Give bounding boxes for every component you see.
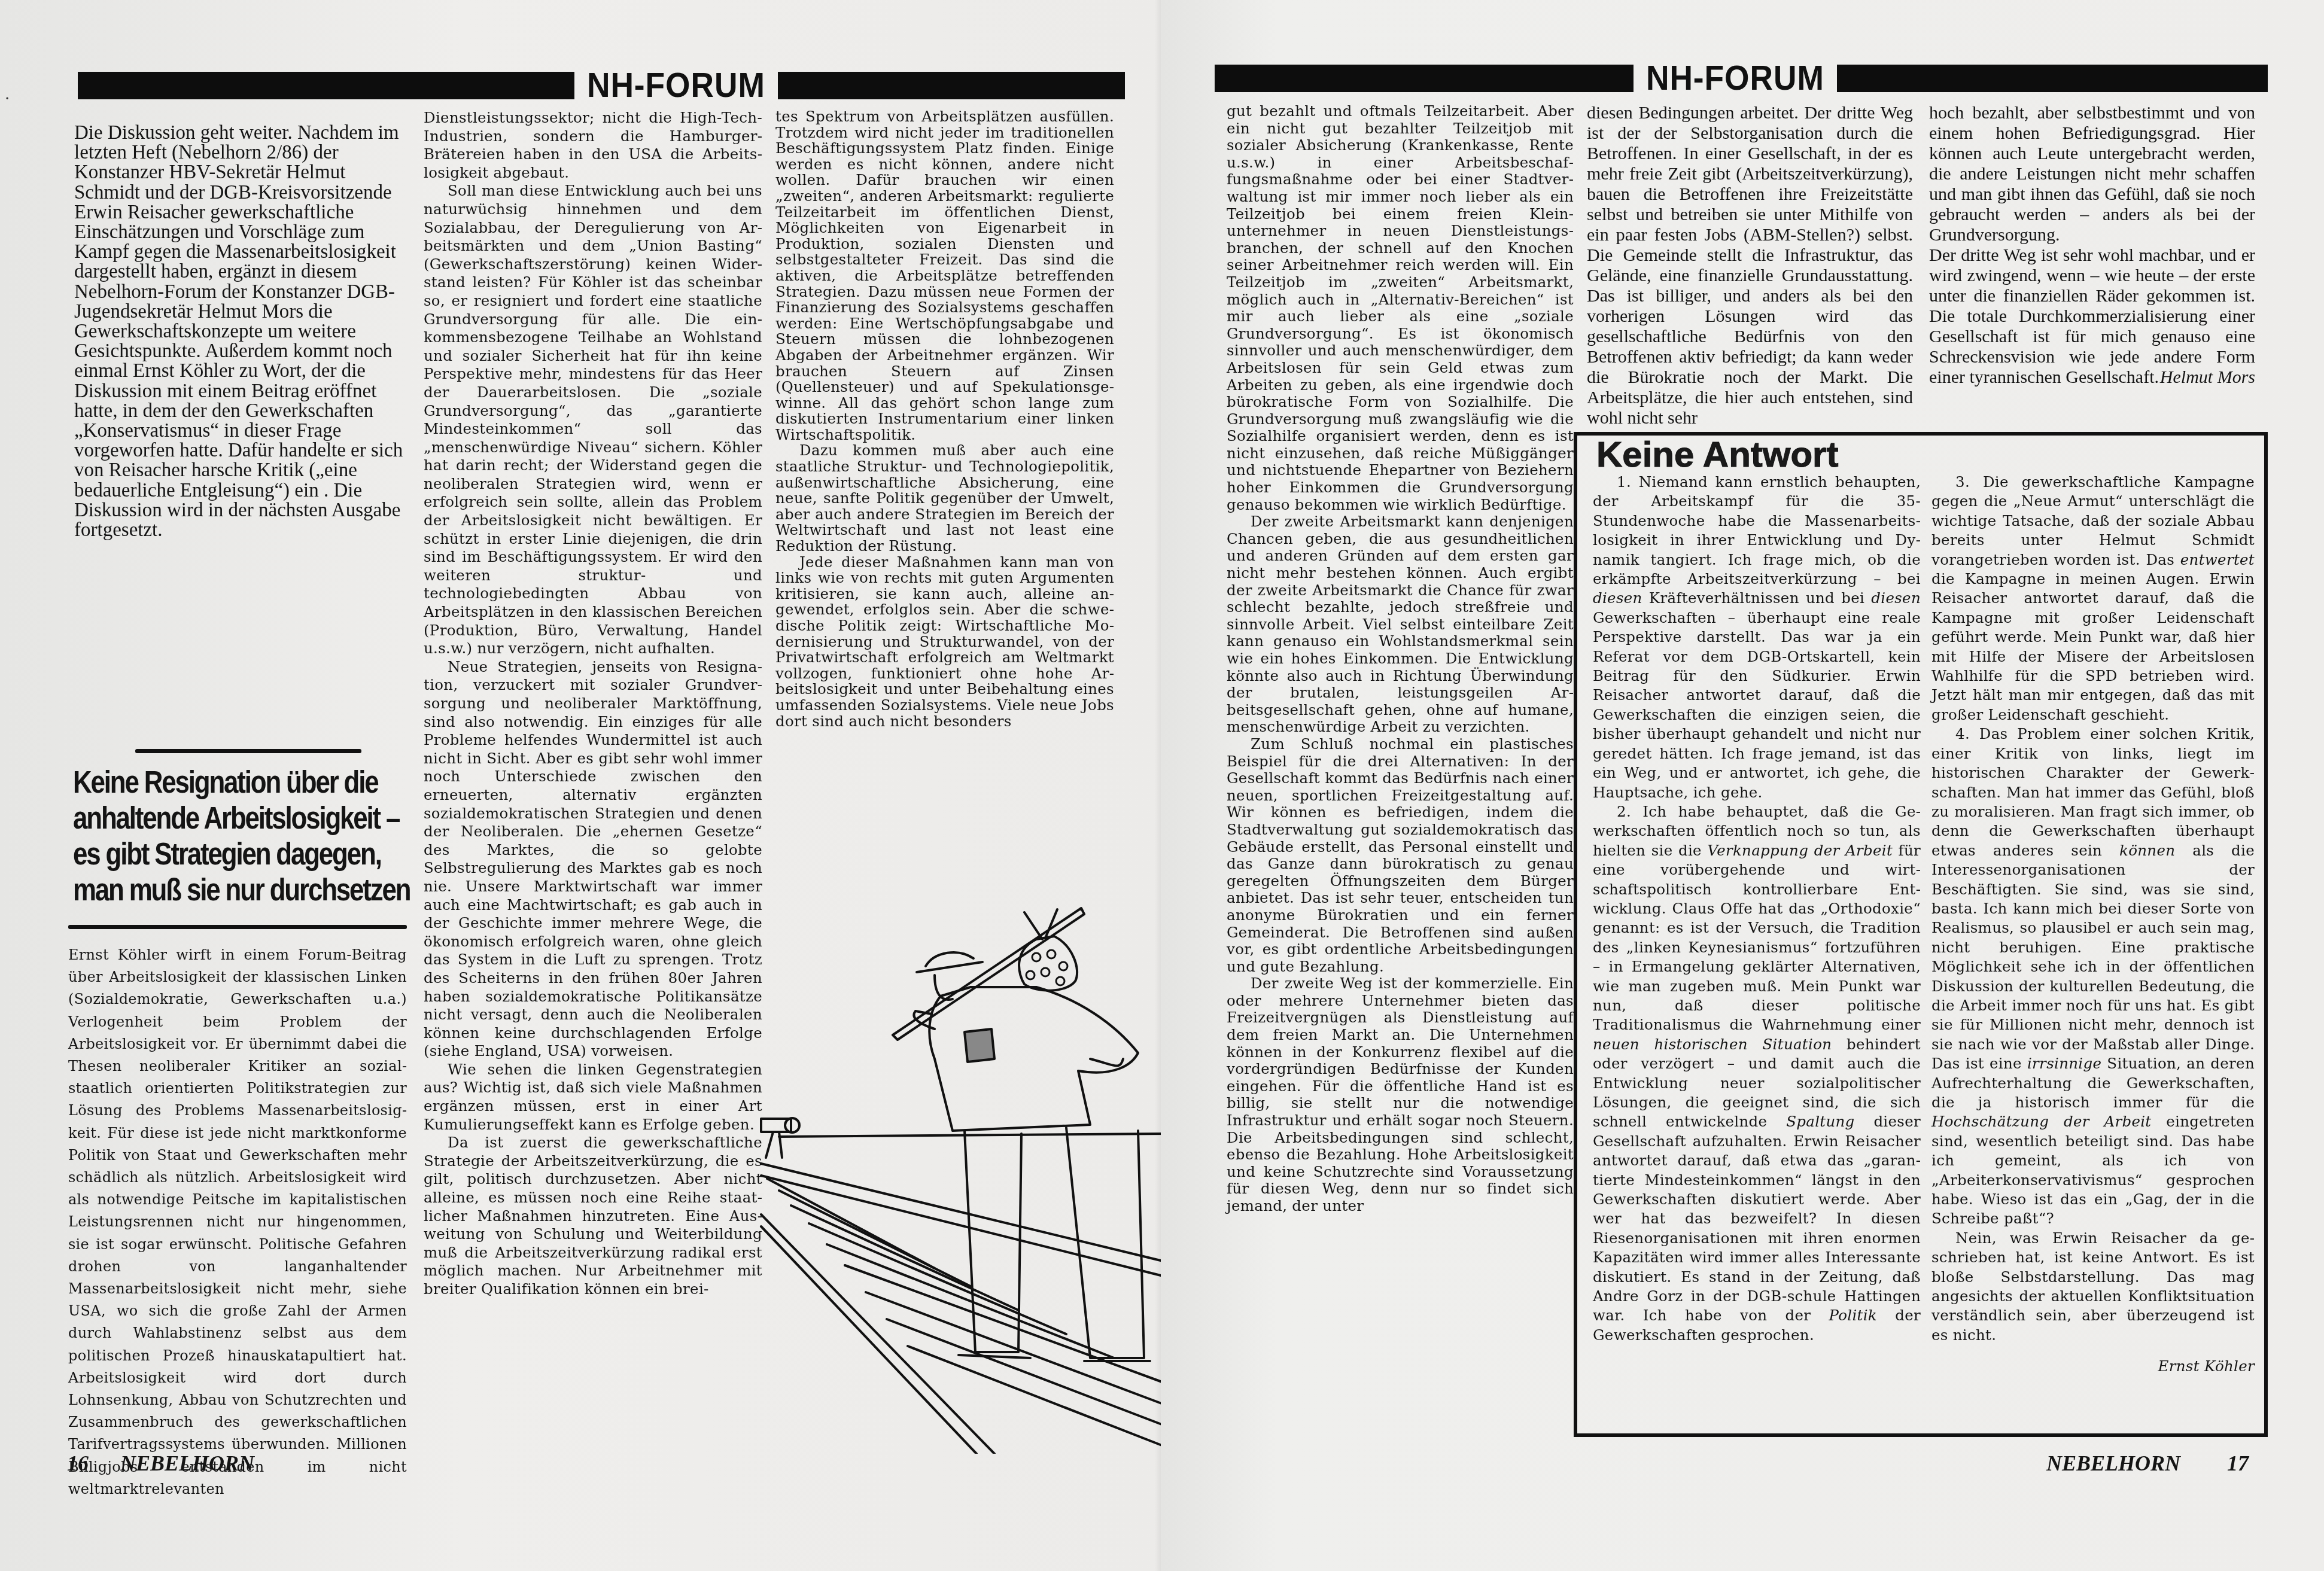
paragraph: 2. Ich habe behauptet, daß die Ge­werksc… [1593,802,1921,1345]
intro-paragraph: Die Diskussion geht weiter. Nachdem im l… [74,123,409,540]
paragraph: Dienstleistungssektor; nicht die High-Te… [424,109,762,182]
text: Nein, was Erwin Reisacher da ge­schriebe… [1931,1229,2255,1344]
header-bar-left [1215,65,1634,92]
footer-left: 16 NEBELHORN [67,1451,254,1475]
section-label: NH-FORUM [583,72,770,99]
paragraph: hoch bezahlt, aber selbstbestimmt und vo… [1929,103,2255,245]
article-continuation-col-3: hoch bezahlt, aber selbstbestimmt und vo… [1929,103,2255,388]
paragraph: Da ist zuerst die gewerkschaftliche Stra… [424,1134,762,1298]
headline-line: anhaltende Arbeitslosigkeit – [73,800,407,836]
paragraph: 1. Niemand kann ernstlich be­haupten, de… [1593,473,1921,802]
text: 4. Das Problem einer solchen Kri­tik, ei… [1931,725,2255,858]
article-continuation-col-1: gut bezahlt und oftmals Teilzeitarbeit. … [1227,103,1574,1215]
emphasis: können [2119,842,2175,859]
headline-rule-bottom [68,925,407,929]
article-col-2: Dienstleistungssektor; nicht die High-Te… [424,109,762,1299]
text: Kräfteverhältnissen und bei [1642,589,1872,607]
publication-name: NEBELHORN [2046,1451,2180,1475]
text: 1. Niemand kann ernstlich be­haupten, de… [1593,473,1921,587]
box-title: Keine Antwort [1596,436,1838,474]
text: dieser Gesellschaft aufzuhalten. Erwin R… [1593,1113,1921,1324]
emphasis: diesen [1593,589,1642,607]
section-header-bar: NH-FORUM [1215,65,2268,92]
text: für eine vorübergehende und wirt­schafts… [1593,842,1921,1034]
paragraph: Der zweite Weg ist der kommerzielle. Ein… [1227,975,1574,1214]
emphasis: neuen histori­schen Situation [1593,1036,1832,1053]
paragraph: Neue Strategien, jenseits von Resigna­ti… [424,658,762,1061]
page-number: 17 [2227,1451,2249,1475]
emphasis: Politik [1829,1307,1877,1324]
emphasis: Spaltung [1786,1113,1854,1130]
emphasis: irrsinnige [2027,1055,2101,1072]
paragraph: Ernst Köhler wirft in einem Forum-Bei­tr… [68,944,407,1500]
paragraph: Der dritte Weg ist sehr wohl machbar, un… [1929,245,2255,388]
paragraph: Zum Schluß nochmal ein plastisches Beisp… [1227,736,1574,975]
paragraph: 3. Die gewerkschaftliche Kam­pagne gegen… [1931,473,2255,724]
text: Gewerkschaften – überhaupt eine reale Pe… [1593,609,1921,801]
page-number: 16 [67,1451,115,1475]
paragraph: Der zweite Arbeitsmarkt kann denjeni­gen… [1227,513,1574,736]
article-col-1: Ernst Köhler wirft in einem Forum-Bei­tr… [68,944,407,1500]
headline-line: man muß sie nur durchsetzen [73,872,407,908]
cartoon-hobo-on-tracks-icon [755,879,1174,1454]
paragraph: Soll man diese Entwicklung auch bei uns … [424,182,762,657]
section-header-bar: NH-FORUM [78,72,1125,99]
paragraph: Nein, was Erwin Reisacher da ge­schriebe… [1931,1229,2255,1345]
margin-mark: · [5,90,10,108]
text: als die Interessenorganisationen der Bes… [1931,842,2255,1072]
paragraph: diesen Bedingungen arbeitet. Der dritte … [1587,103,1913,428]
header-bar-right [778,72,1125,99]
header-bar-left [78,72,574,99]
left-page: · NH-FORUM Die Diskussion geht weiter. N… [0,0,1161,1571]
paragraph: Dazu kommen muß aber auch eine staatlich… [775,443,1114,554]
section-label: NH-FORUM [1642,65,1829,92]
emphasis: Hochschätzung der Arbeit [1931,1113,2152,1130]
emphasis: entwertet [2180,551,2255,568]
article-continuation-col-2: diesen Bedingungen arbeitet. Der dritte … [1587,103,1913,428]
header-bar-right [1837,65,2268,92]
headline-line: es gibt Strategien dagegen, [73,836,407,872]
text: die Kampagne in meinen Augen. Erwin Reis… [1931,570,2255,723]
paragraph: tes Spektrum von Arbeitsplätzen ausfül­l… [775,109,1114,443]
publication-name: NEBELHORN [120,1451,254,1475]
intro-text: Die Diskussion geht weiter. Nachdem im l… [74,123,409,540]
paragraph: 4. Das Problem einer solchen Kri­tik, ei… [1931,724,2255,1229]
emphasis: diesen [1871,589,1921,607]
headline-line: Keine Resignation über die [73,765,407,800]
paragraph: Jede dieser Maßnahmen kann man von links… [775,555,1114,730]
footer-right: NEBELHORN 17 [2046,1451,2249,1475]
box-col-1: 1. Niemand kann ernstlich be­haupten, de… [1593,473,1921,1345]
author-signature: Ernst Köhler [1931,1357,2255,1376]
paragraph: gut bezahlt und oftmals Teilzeitarbeit. … [1227,103,1574,513]
headline-rule-top [135,749,361,753]
emphasis: Verknappung der Ar­beit [1707,842,1893,859]
box-col-2: 3. Die gewerkschaftliche Kam­pagne gegen… [1931,473,2255,1377]
paragraph: Wie sehen die linken Gegenstrategien aus… [424,1061,762,1134]
headline: Keine Resignation über die anhaltende Ar… [73,765,407,908]
article-col-3: tes Spektrum von Arbeitsplätzen ausfül­l… [775,109,1114,729]
